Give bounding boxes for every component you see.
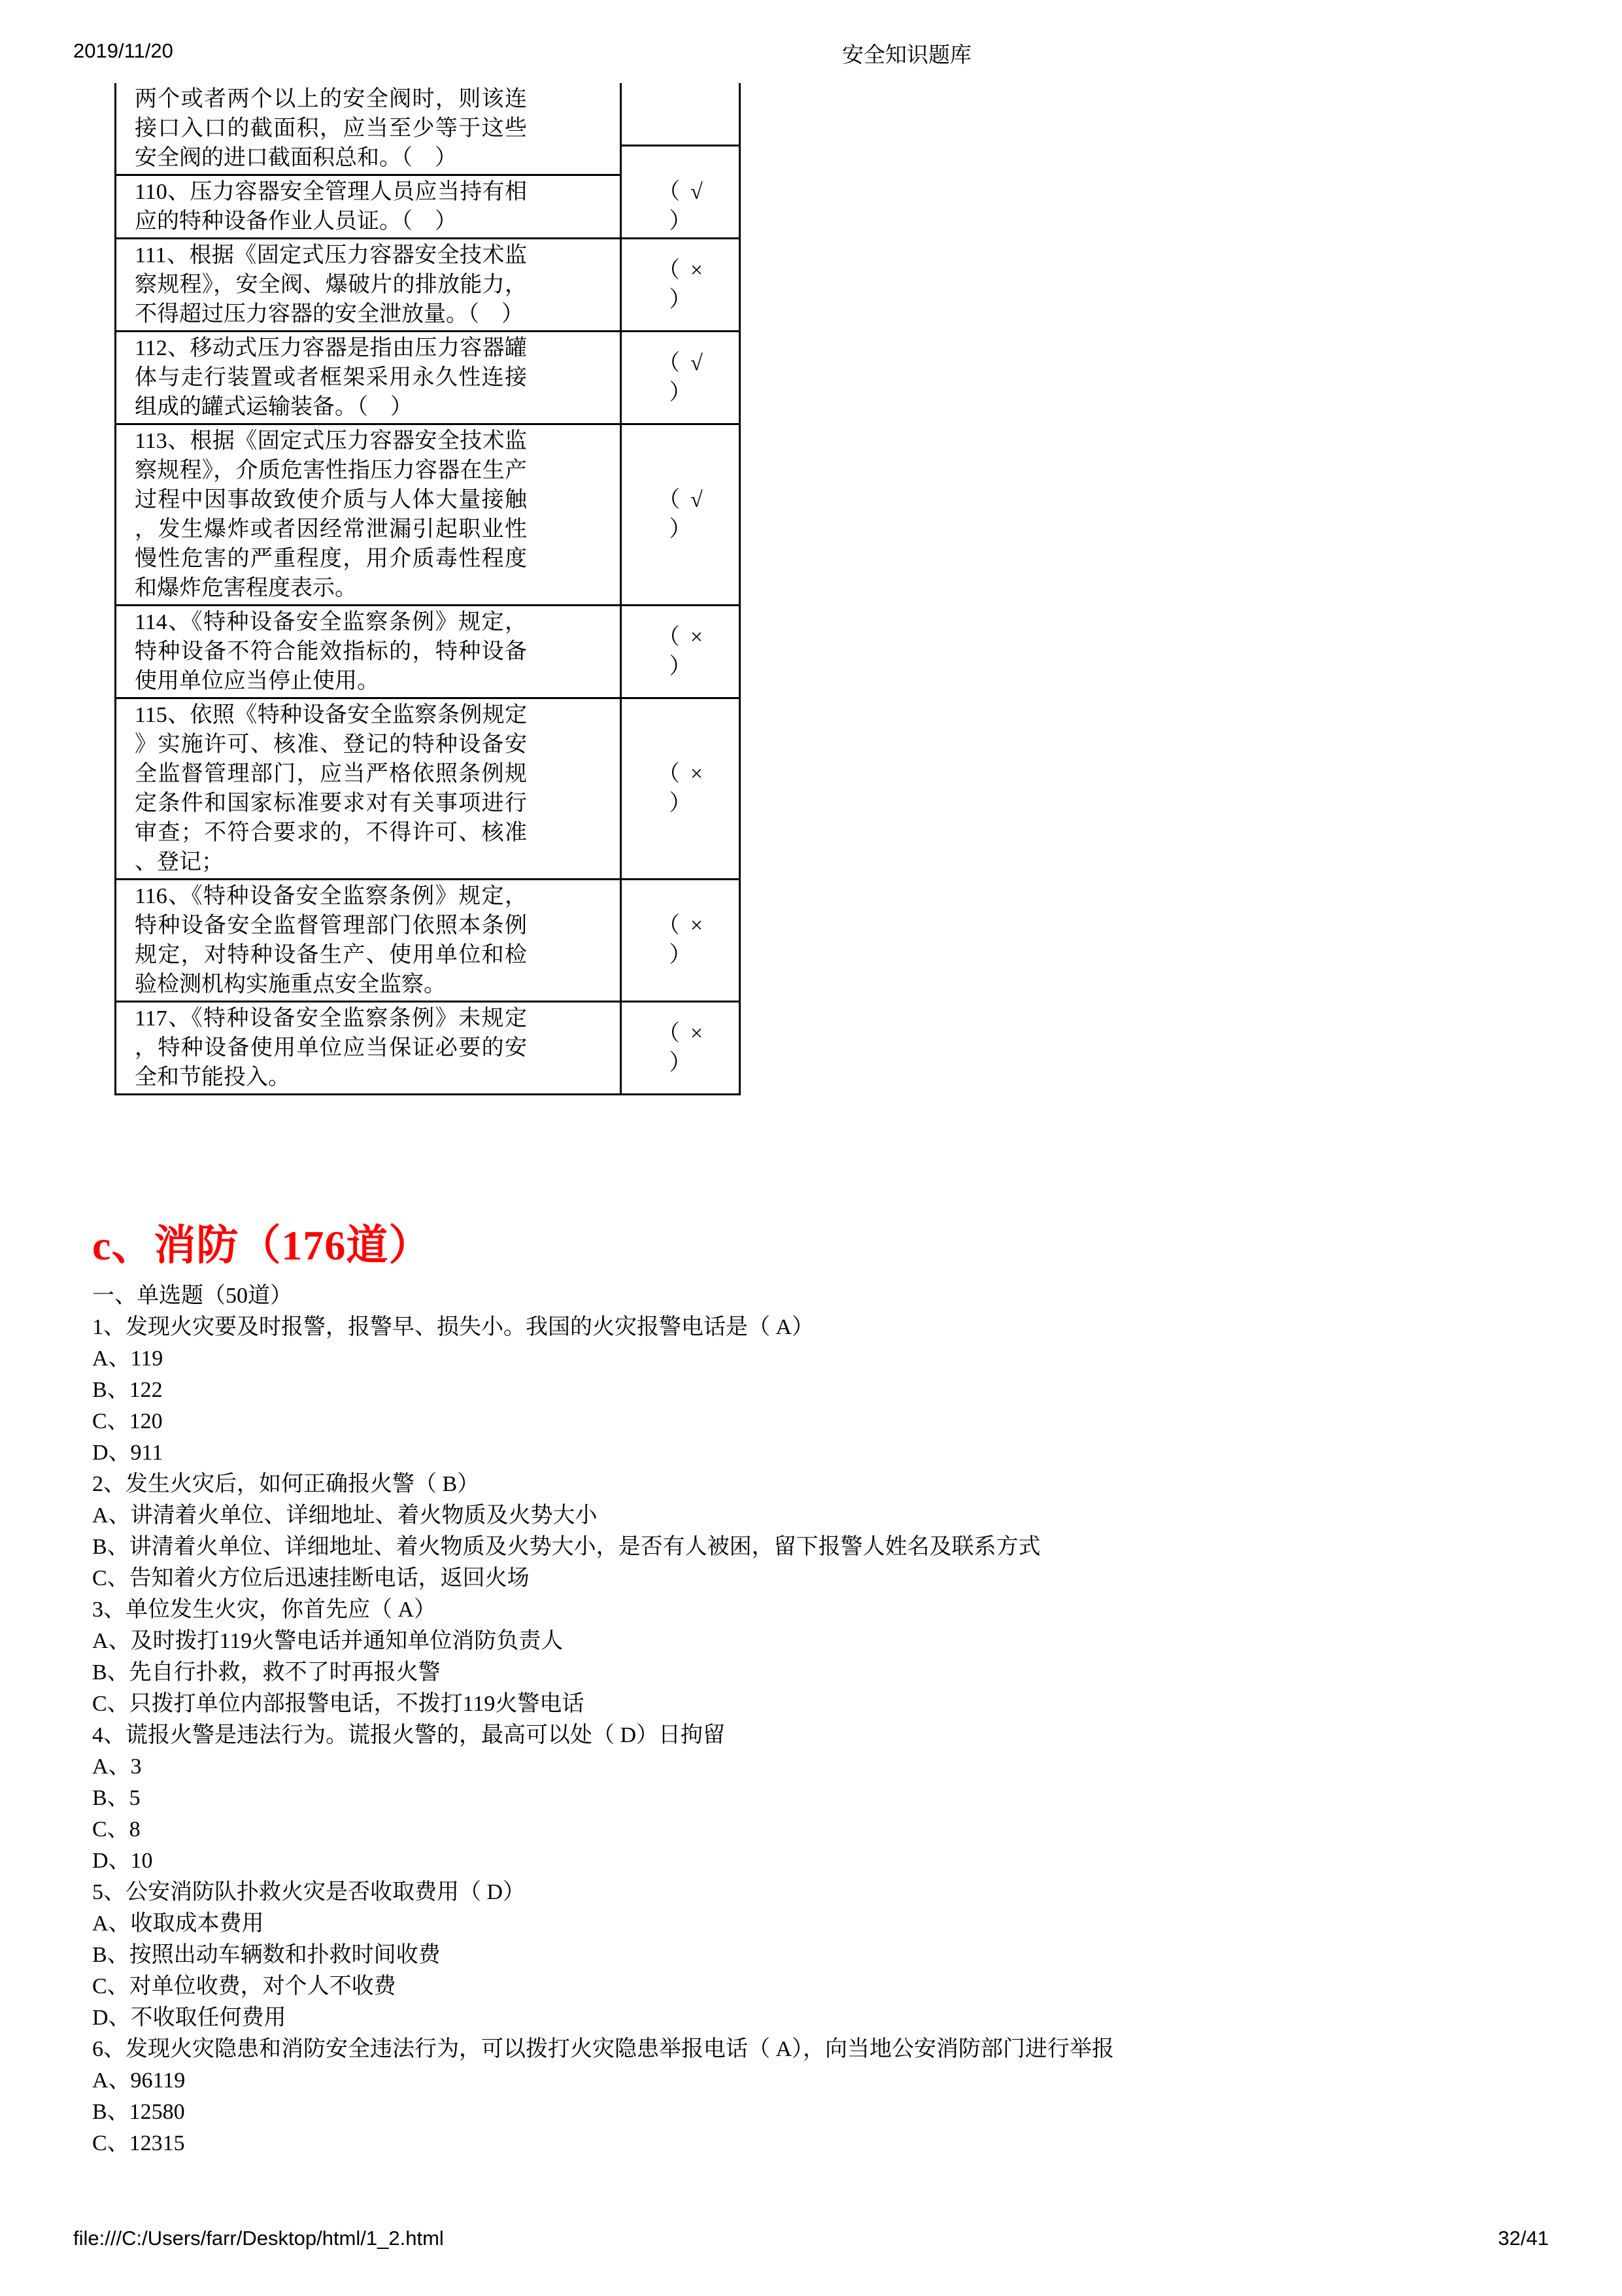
section-heading: c、消防（176道） [92,1223,1583,1269]
option-line: C、8 [92,1814,1583,1845]
answer-cell: （√ ） [621,424,740,606]
answer-cell: （× ） [621,880,740,1002]
answer-cell: （× ） [621,698,740,880]
answer-symbol: × [690,914,703,938]
question-text: 两个或者两个以上的安全阀时，则该连接口入口的截面积，应当至少等于这些安全阀的进口… [135,84,527,173]
answer-symbol: √ [690,351,703,375]
answer-open-paren: （ [658,351,680,375]
answer-cell: （× ） [621,239,740,332]
print-footer-page: 32/41 [1498,2227,1549,2250]
answer-symbol: × [690,762,703,786]
option-line: A、96119 [92,2065,1583,2097]
answer-symbol: × [690,258,703,283]
option-line: A、119 [92,1343,1583,1375]
option-line: B、5 [92,1783,1583,1814]
answer-close-paren: ） [669,288,692,312]
answer-open-paren: （ [658,762,680,786]
option-line: C、只拨打单位内部报警电话，不拨打119火警电话 [92,1688,1583,1720]
answer-value: （× ） [622,911,739,970]
table-row: 110、压力容器安全管理人员应当持有相应的特种设备作业人员证。（ ） （√ ） [116,175,740,239]
section-subheading: 一、单选题（50道） [92,1280,1583,1312]
option-line: B、按照出动车辆数和扑救时间收费 [92,1940,1583,1971]
answer-value: （× ） [622,256,739,315]
answer-value: （√ ） [622,177,739,236]
option-line: B、122 [92,1375,1583,1406]
answer-close-paren: ） [669,381,692,405]
question-text: 111、根据《固定式压力容器安全技术监察规程》，安全阀、爆破片的排放能力，不得超… [135,241,527,329]
answer-cell: （× ） [621,606,740,698]
table-row: 115、依照《特种设备安全监察条例规定》实施许可、核准、登记的特种设备安全监督管… [116,698,740,880]
answer-open-paren: （ [658,914,680,938]
question-line: 4、谎报火警是违法行为。谎报火警的，最高可以处（ D）日拘留 [92,1720,1583,1751]
question-cell: 112、移动式压力容器是指由压力容器罐体与走行装置或者框架采用永久性连接组成的罐… [116,332,621,424]
answer-cell: （√ ） [621,332,740,424]
answer-close-paren: ） [669,209,692,233]
table-row: 两个或者两个以上的安全阀时，则该连接口入口的截面积，应当至少等于这些安全阀的进口… [116,83,740,175]
fire-section: c、消防（176道） 一、单选题（50道） 1、发现火灾要及时报警，报警早、损失… [92,1223,1583,2159]
truefalse-table: 两个或者两个以上的安全阀时，则该连接口入口的截面积，应当至少等于这些安全阀的进口… [114,83,741,1095]
option-line: B、12580 [92,2097,1583,2128]
answer-close-paren: ） [669,517,692,541]
table-row: 112、移动式压力容器是指由压力容器罐体与走行装置或者框架采用永久性连接组成的罐… [116,332,740,424]
question-cell: 111、根据《固定式压力容器安全技术监察规程》，安全阀、爆破片的排放能力，不得超… [116,239,621,332]
table-row: 117、《特种设备安全监察条例》未规定，特种设备使用单位应当保证必要的安全和节能… [116,1002,740,1095]
question-cell: 110、压力容器安全管理人员应当持有相应的特种设备作业人员证。（ ） [116,175,621,239]
option-line: D、911 [92,1437,1583,1469]
option-line: D、10 [92,1845,1583,1877]
answer-close-paren: ） [669,943,692,967]
answer-cell [621,83,740,175]
question-text: 114、《特种设备安全监察条例》规定，特种设备不符合能效指标的，特种设备使用单位… [135,608,527,696]
question-line: 3、单位发生火灾，你首先应（ A） [92,1594,1583,1626]
answer-symbol: √ [690,180,703,204]
answer-open-paren: （ [658,1021,680,1046]
print-header-date: 2019/11/20 [73,39,173,63]
option-line: D、不收取任何费用 [92,2002,1583,2034]
option-line: A、3 [92,1751,1583,1783]
table-row: 113、根据《固定式压力容器安全技术监察规程》，介质危害性指压力容器在生产过程中… [116,424,740,606]
option-line: C、对单位收费，对个人不收费 [92,1971,1583,2002]
question-text: 115、依照《特种设备安全监察条例规定》实施许可、核准、登记的特种设备安全监督管… [135,700,527,877]
question-text: 112、移动式压力容器是指由压力容器罐体与走行装置或者框架采用永久性连接组成的罐… [135,334,527,422]
answer-open-paren: （ [658,625,680,649]
answer-value: （√ ） [622,485,739,544]
answer-value: （× ） [622,1019,739,1078]
option-line: A、收取成本费用 [92,1908,1583,1940]
answer-value: （√ ） [622,349,739,407]
answer-open-paren: （ [658,180,680,204]
print-footer-path: file:///C:/Users/farr/Desktop/html/1_2.h… [73,2227,444,2250]
answer-cell: （× ） [621,1002,740,1095]
question-line: 2、发生火灾后，如何正确报火警（ B） [92,1469,1583,1500]
print-header-title: 安全知识题库 [842,38,972,69]
question-text: 116、《特种设备安全监察条例》规定，特种设备安全监督管理部门依照本条例规定，对… [135,882,527,999]
answer-close-paren: ） [669,791,692,815]
option-line: B、先自行扑救，救不了时再报火警 [92,1657,1583,1688]
question-cell: 113、根据《固定式压力容器安全技术监察规程》，介质危害性指压力容器在生产过程中… [116,424,621,606]
question-cell: 两个或者两个以上的安全阀时，则该连接口入口的截面积，应当至少等于这些安全阀的进口… [116,83,621,175]
answer-close-paren: ） [669,655,692,679]
question-text: 113、根据《固定式压力容器安全技术监察规程》，介质危害性指压力容器在生产过程中… [135,426,527,603]
answer-value: （× ） [622,759,739,818]
option-line: C、120 [92,1406,1583,1437]
option-line: C、12315 [92,2128,1583,2159]
table-row: 111、根据《固定式压力容器安全技术监察规程》，安全阀、爆破片的排放能力，不得超… [116,239,740,332]
question-text: 117、《特种设备安全监察条例》未规定，特种设备使用单位应当保证必要的安全和节能… [135,1004,527,1092]
question-list: 1、发现火灾要及时报警，报警早、损失小。我国的火灾报警电话是（ A）A、119B… [92,1312,1583,2159]
question-line: 5、公安消防队扑救火灾是否收取费用（ D） [92,1877,1583,1908]
option-line: B、讲清着火单位、详细地址、着火物质及火势大小，是否有人被困，留下报警人姓名及联… [92,1532,1583,1563]
option-line: A、讲清着火单位、详细地址、着火物质及火势大小 [92,1500,1583,1532]
option-line: A、及时拨打119火警电话并通知单位消防负责人 [92,1626,1583,1657]
table-row: 114、《特种设备安全监察条例》规定，特种设备不符合能效指标的，特种设备使用单位… [116,606,740,698]
question-cell: 117、《特种设备安全监察条例》未规定，特种设备使用单位应当保证必要的安全和节能… [116,1002,621,1095]
answer-open-paren: （ [658,258,680,283]
question-cell: 114、《特种设备安全监察条例》规定，特种设备不符合能效指标的，特种设备使用单位… [116,606,621,698]
truefalse-table-body: 两个或者两个以上的安全阀时，则该连接口入口的截面积，应当至少等于这些安全阀的进口… [116,83,740,1095]
answer-value: （× ） [622,623,739,681]
answer-close-paren: ） [669,1051,692,1075]
question-cell: 115、依照《特种设备安全监察条例规定》实施许可、核准、登记的特种设备安全监督管… [116,698,621,880]
answer-cell: （√ ） [621,175,740,239]
answer-symbol: √ [690,488,703,512]
question-line: 6、发现火灾隐患和消防安全违法行为，可以拨打火灾隐患举报电话（ A），向当地公安… [92,2034,1583,2065]
table-row: 116、《特种设备安全监察条例》规定，特种设备安全监督管理部门依照本条例规定，对… [116,880,740,1002]
answer-symbol: × [690,1021,703,1046]
question-text: 110、压力容器安全管理人员应当持有相应的特种设备作业人员证。（ ） [135,177,527,236]
question-line: 1、发现火灾要及时报警，报警早、损失小。我国的火灾报警电话是（ A） [92,1312,1583,1343]
option-line: C、告知着火方位后迅速挂断电话，返回火场 [92,1563,1583,1594]
answer-symbol: × [690,625,703,649]
answer-open-paren: （ [658,488,680,512]
question-cell: 116、《特种设备安全监察条例》规定，特种设备安全监督管理部门依照本条例规定，对… [116,880,621,1002]
